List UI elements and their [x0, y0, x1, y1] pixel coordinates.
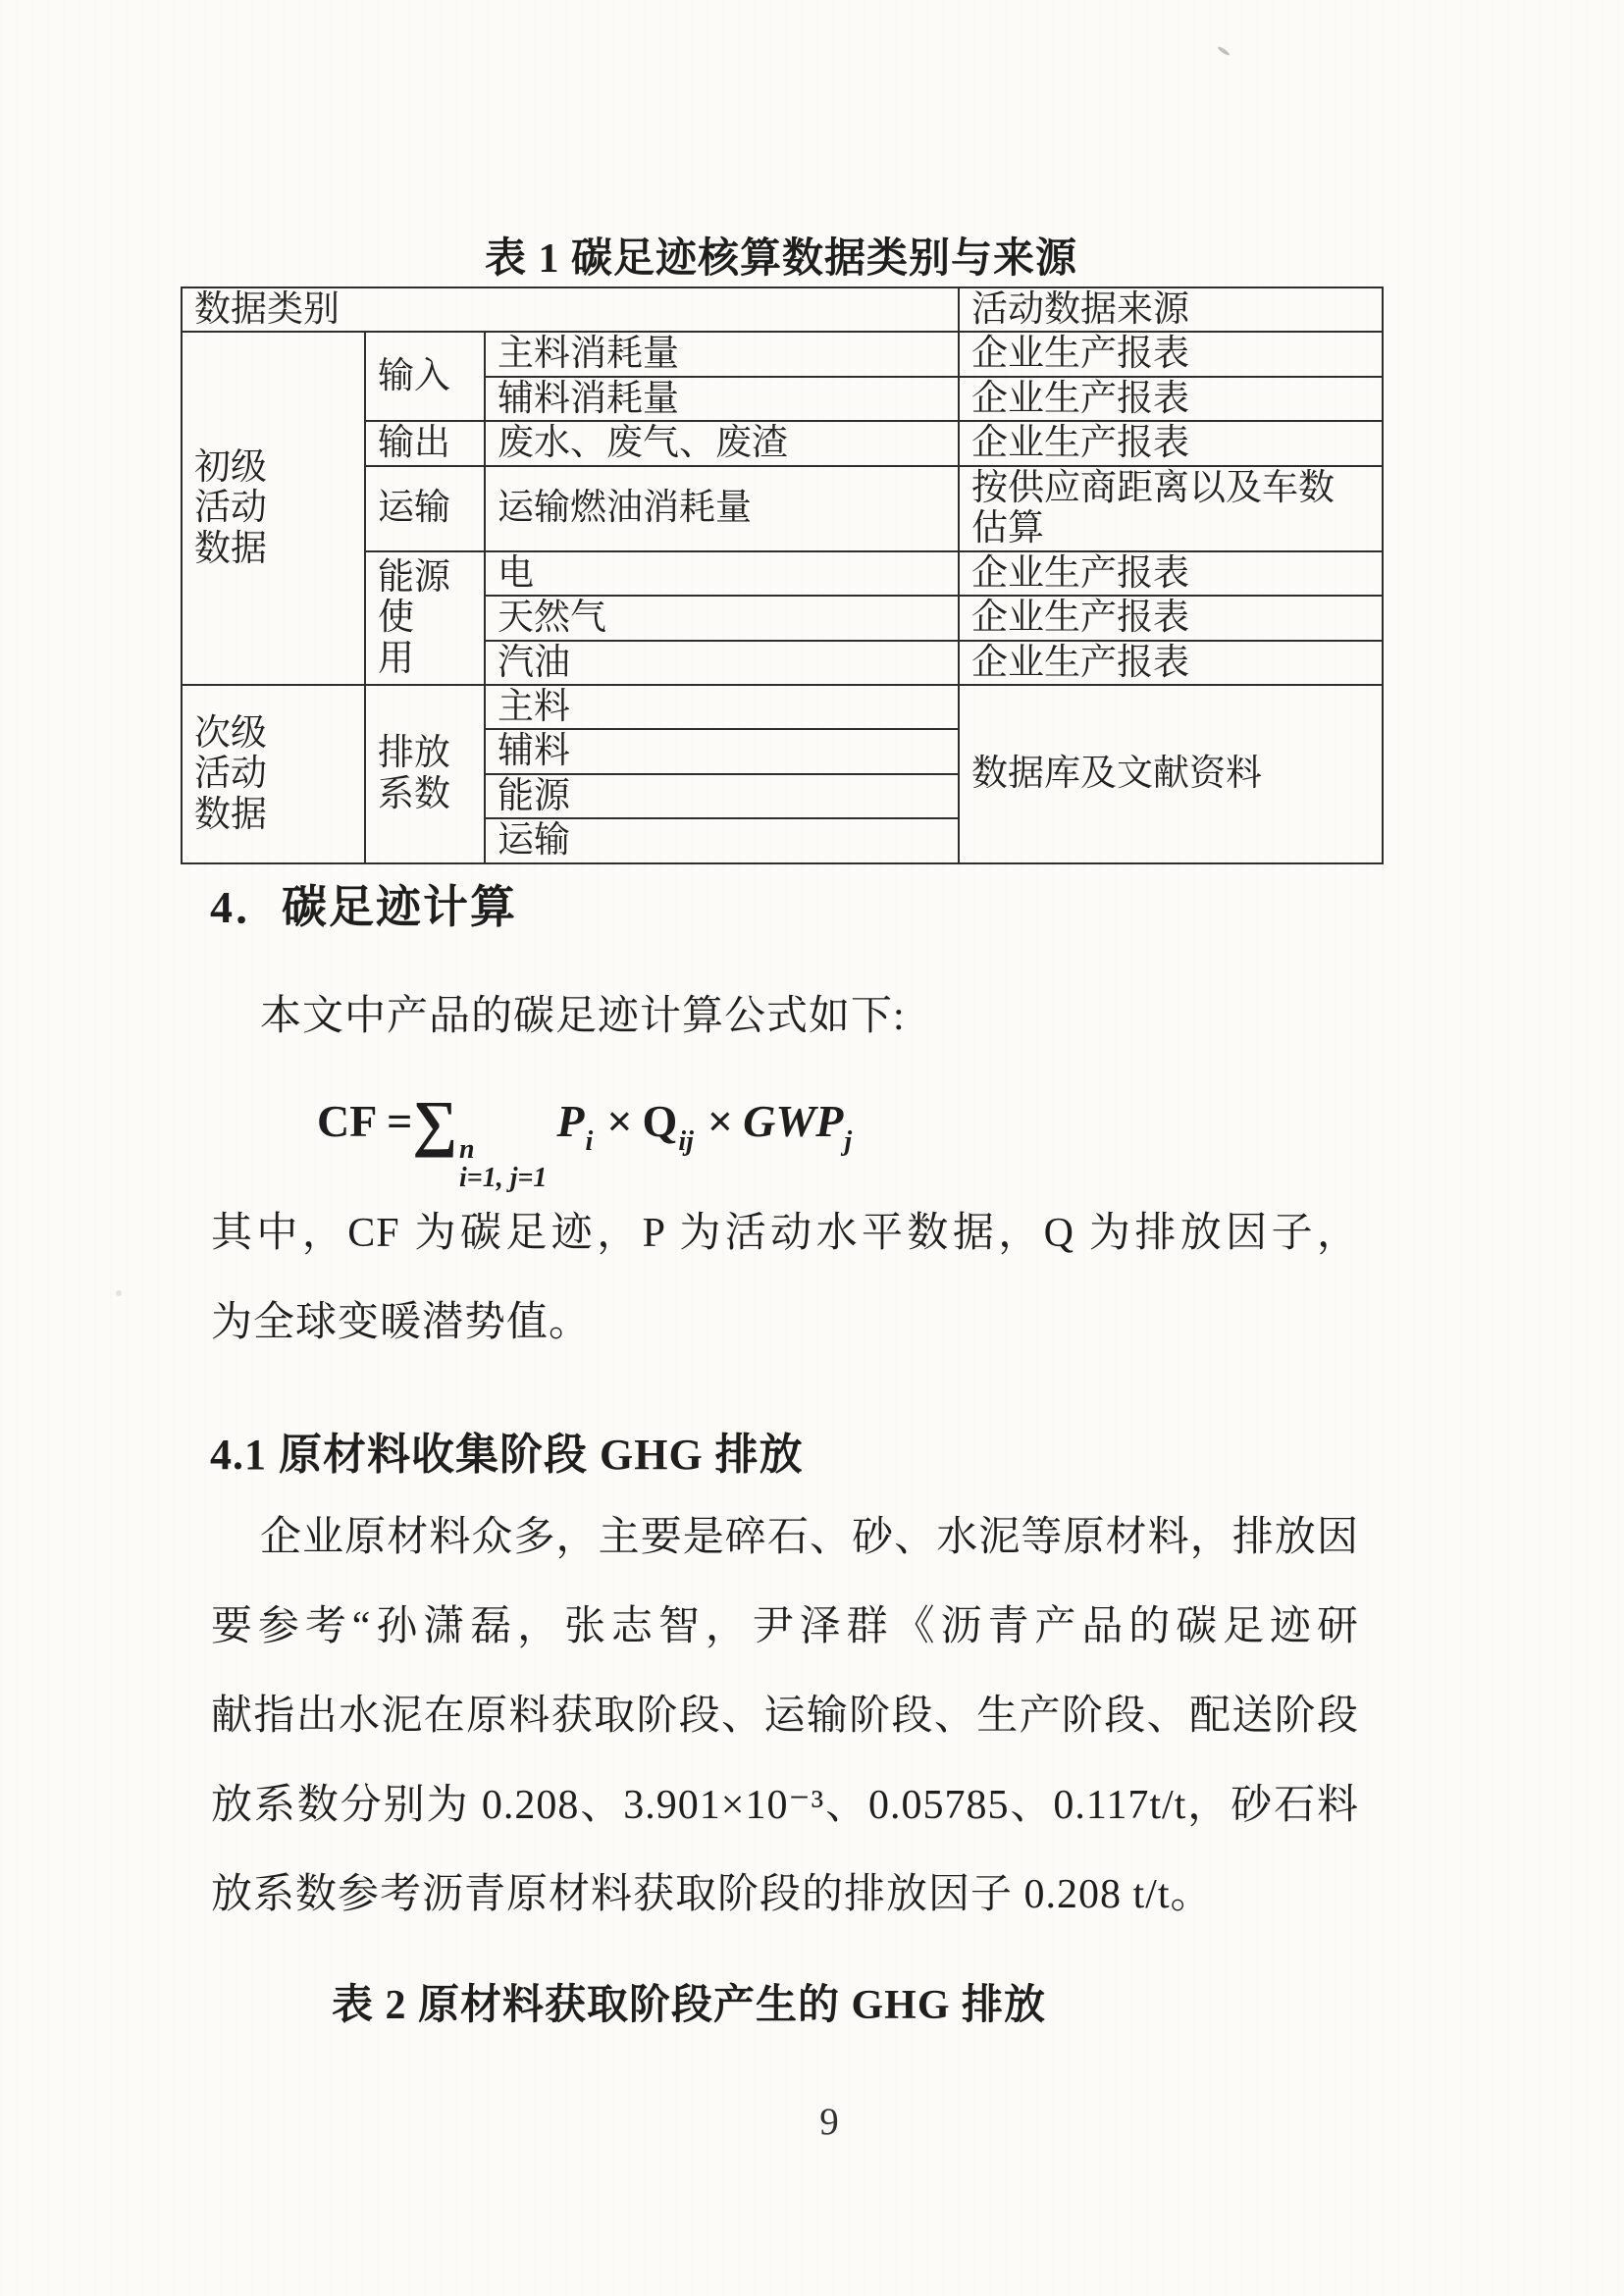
text-line: 献指出水泥在原料获取阶段、运输阶段、生产阶段、配送阶段的碳排 — [211, 1672, 1359, 1761]
table1-item-cell: 辅料消耗量 — [485, 377, 959, 421]
table1-item-cell: 天然气 — [485, 596, 959, 640]
table1-item-cell: 运输燃油消耗量 — [485, 466, 959, 551]
table1-item-cell: 电 — [485, 551, 959, 596]
sigma-symbol: ∑ — [412, 1088, 457, 1158]
table-row: 次级 活动 数据 排放 系数 主料 数据库及文献资料 — [182, 685, 1383, 729]
table1-group-cell: 排放 系数 — [365, 685, 485, 863]
text-line: 为全球变暖潜势值。 — [211, 1278, 1359, 1368]
table1-source-cell: 数据库及文献资料 — [959, 685, 1383, 863]
table1-group-cell: 能源使 用 — [365, 551, 485, 685]
table1-source-cell: 企业生产报表 — [959, 377, 1383, 421]
sigma-limits: ni=1, j=1 — [459, 1135, 547, 1193]
table1-item-cell: 能源 — [485, 774, 959, 818]
scan-speck — [1217, 45, 1231, 56]
multiply-sign: × — [707, 1096, 733, 1146]
table1-group-cell: 运输 — [365, 466, 485, 551]
table1-header-category: 数据类别 — [182, 287, 959, 332]
table1-primary-label: 初级 活动 数据 — [182, 332, 365, 685]
formula-lhs: CF = — [317, 1096, 412, 1146]
table1-header-source: 活动数据来源 — [959, 287, 1383, 332]
text-line: 其中，CF 为碳足迹，P 为活动水平数据，Q 为排放因子，GWP — [211, 1189, 1359, 1278]
section-4-1-heading: 4.1 原材料收集阶段 GHG 排放 — [210, 1419, 804, 1482]
table1-source-cell: 企业生产报表 — [959, 421, 1383, 465]
formula-sub-i: i — [586, 1126, 594, 1157]
formula-explanation-paragraph: 其中，CF 为碳足迹，P 为活动水平数据，Q 为排放因子，GWP 为全球变暖潜势… — [211, 1189, 1359, 1368]
table1-item-cell: 主料消耗量 — [485, 332, 959, 376]
table1-source-cell: 按供应商距离以及车数估算 — [959, 466, 1383, 551]
table1-secondary-label: 次级 活动 数据 — [182, 685, 365, 863]
text-line: 要参考“孙潇磊，张志智，尹泽群《沥青产品的碳足迹研究》”，该文 — [211, 1583, 1359, 1672]
table1-item-cell: 主料 — [485, 685, 959, 729]
carbon-footprint-formula: CF =∑ni=1, j=1Pi×Qij×GWPj — [317, 1087, 856, 1193]
table-row: 初级 活动 数据 输入 主料消耗量 企业生产报表 — [182, 332, 1383, 376]
formula-term-p: P — [556, 1096, 584, 1146]
formula-term-q: Q — [643, 1096, 678, 1146]
page-number: 9 — [0, 2100, 1624, 2144]
text-line: 放系数参考沥青原材料获取阶段的排放因子 0.208 t/t。 — [211, 1851, 1359, 1940]
text-line: 放系数分别为 0.208、3.901×10⁻³、0.05785、0.117t/t… — [211, 1761, 1359, 1851]
table1-item-cell: 废水、废气、废渣 — [485, 421, 959, 465]
document-page: 表 1 碳足迹核算数据类别与来源 数据类别 活动数据来源 初级 活动 数据 输入… — [0, 0, 1624, 2296]
table1-source-cell: 企业生产报表 — [959, 596, 1383, 640]
sigma-upper-limit: n — [459, 1135, 475, 1164]
table1-item-cell: 运输 — [485, 818, 959, 862]
table1-source-cell: 企业生产报表 — [959, 641, 1383, 685]
formula-sub-j: j — [844, 1126, 852, 1157]
table1-group-cell: 输出 — [365, 421, 485, 465]
table-row: 数据类别 活动数据来源 — [182, 287, 1383, 332]
table1-item-cell: 辅料 — [485, 729, 959, 773]
raw-material-paragraph: 企业原材料众多，主要是碎石、砂、水泥等原材料，排放因子主 要参考“孙潇磊，张志智… — [211, 1493, 1359, 1940]
table1-group-cell: 输入 — [365, 332, 485, 421]
text-line: 企业原材料众多，主要是碎石、砂、水泥等原材料，排放因子主 — [211, 1493, 1359, 1583]
table1: 数据类别 活动数据来源 初级 活动 数据 输入 主料消耗量 企业生产报表 辅料消… — [181, 287, 1384, 864]
formula-intro-text: 本文中产品的碳足迹计算公式如下: — [211, 983, 1359, 1042]
multiply-sign: × — [606, 1096, 632, 1146]
formula-sub-ij: ij — [678, 1126, 694, 1157]
section-4-heading: 4．碳足迹计算 — [210, 871, 517, 936]
table1-source-cell: 企业生产报表 — [959, 551, 1383, 596]
table1-item-cell: 汽油 — [485, 641, 959, 685]
table1-source-cell: 企业生产报表 — [959, 332, 1383, 376]
table1-caption: 表 1 碳足迹核算数据类别与来源 — [181, 226, 1382, 285]
scan-speck — [116, 1290, 122, 1296]
formula-term-gwp: GWP — [743, 1096, 843, 1146]
table2-caption: 表 2 原材料获取阶段产生的 GHG 排放 — [88, 1972, 1289, 2031]
